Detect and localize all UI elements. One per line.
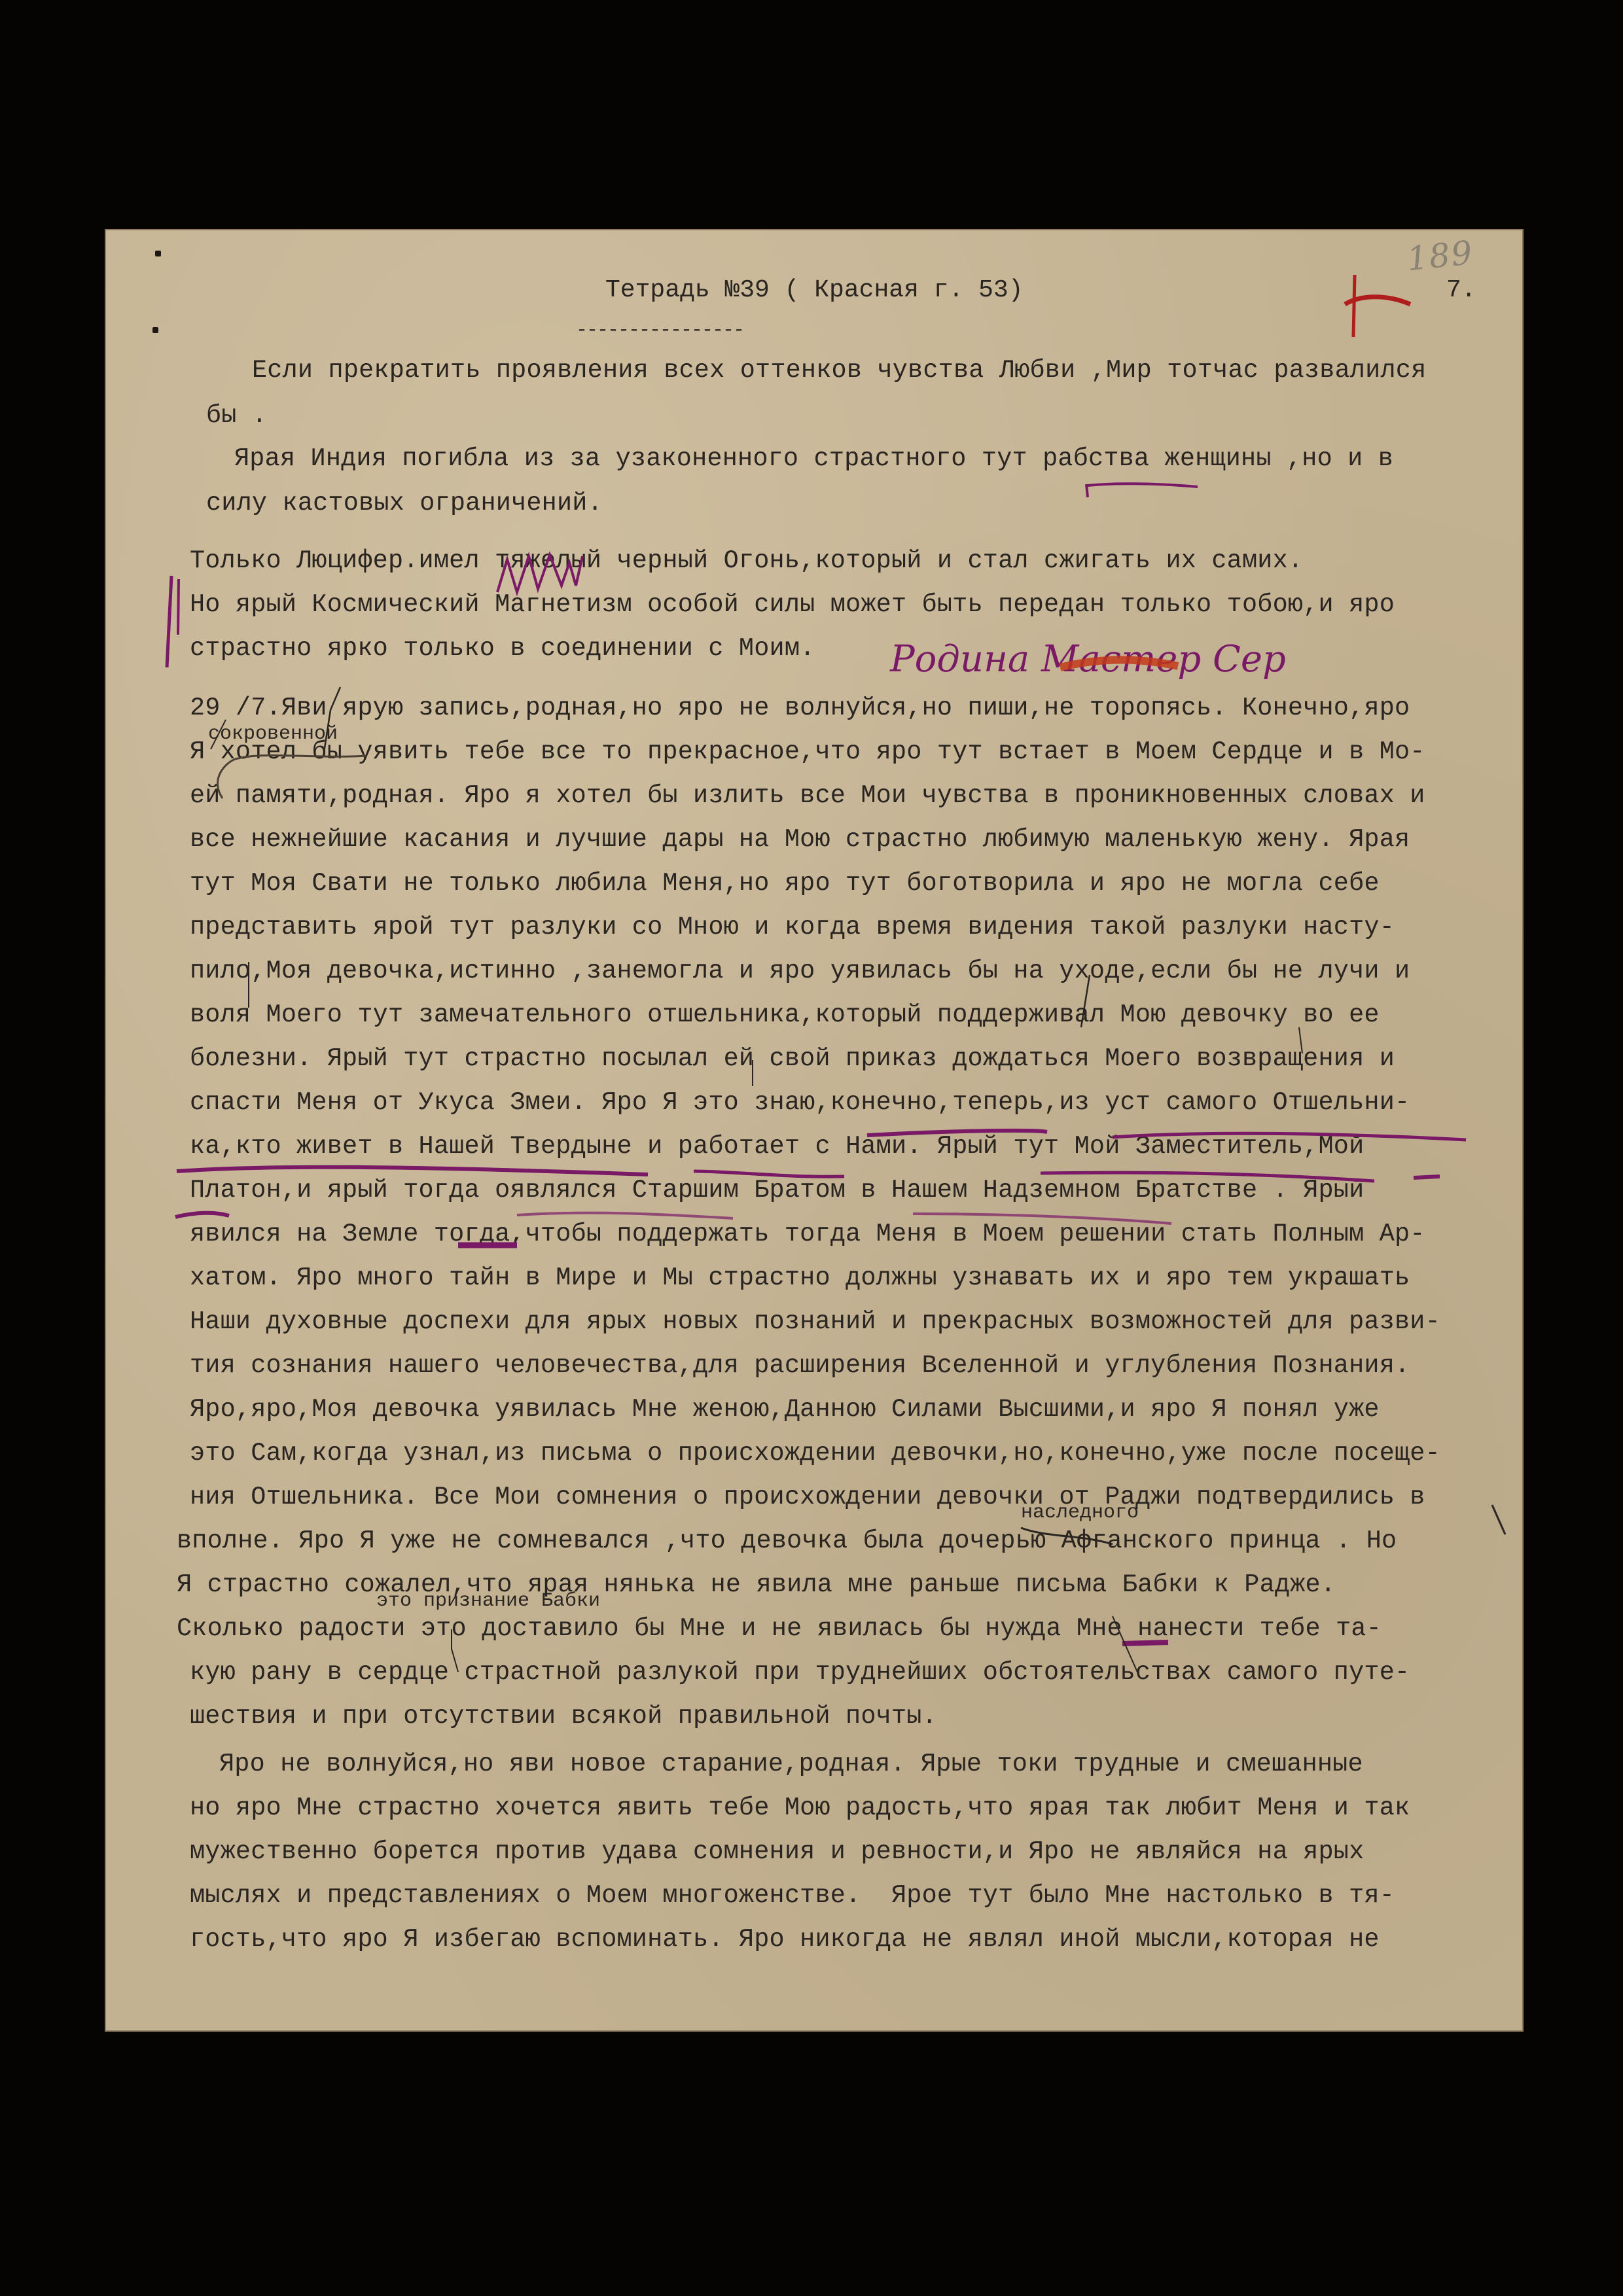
text-line: хатом. Яро много тайн в Мире и Мы страст…: [190, 1265, 1410, 1291]
red-cross-mark-icon: [1342, 268, 1420, 340]
text-line: воля Моего тут замечательного отшельника…: [190, 1002, 1380, 1028]
text-line: тут Моя Свати не только любила Меня,но я…: [190, 871, 1380, 896]
typed-insertion: это признание Бабки: [376, 1590, 600, 1612]
text-line: вполне. Яро Я уже не сомневался ,что дев…: [177, 1528, 1397, 1554]
text-line: Сколько радости это доставило бы Мне и н…: [177, 1616, 1382, 1642]
punch-mark: [155, 251, 161, 256]
text-line: пило,Моя девочка,истинно ,занемогла и яр…: [190, 959, 1410, 984]
text-line: кую рану в сердце страстной разлукой при…: [190, 1660, 1410, 1686]
text-line: 29 /7.Яви ярую запись,родная,но яро не в…: [190, 696, 1410, 721]
text-line: Ярая Индия погибла из за узаконенного ст…: [234, 446, 1393, 472]
text-line: мыслях и представлениях о Моем многоженс…: [190, 1883, 1395, 1909]
text-line: это Сам,когда узнал,из письма о происхож…: [190, 1441, 1440, 1466]
text-line: тия сознания нашего человечества,для рас…: [190, 1353, 1410, 1379]
text-line: Наши духовные доспехи для ярых новых поз…: [190, 1309, 1440, 1335]
text-line: все нежнейшие касания и лучшие дары на М…: [190, 827, 1410, 853]
text-line: мужественно борется против удава сомнени…: [190, 1839, 1364, 1865]
page-number: 7.: [1446, 276, 1476, 304]
text-line: гость,что яро Я избегаю вспоминать. Яро …: [190, 1927, 1380, 1952]
text-line: ка,кто живет в Нашей Твердыне и работает…: [190, 1134, 1364, 1159]
text-line: спасти Меня от Укуса Змеи. Яро Я это зна…: [190, 1090, 1410, 1116]
text-line: представить ярой тут разлуки со Мною и к…: [190, 915, 1395, 940]
text-line: ния Отшельника. Все Мои сомнения о проис…: [190, 1485, 1425, 1510]
typed-insertion: наследного: [1021, 1502, 1139, 1524]
punch-mark: [152, 327, 158, 333]
handwritten-note: Родина Мастер Сер: [890, 638, 1286, 680]
typed-insertion: сокровенной: [208, 723, 338, 745]
text-line: силу кастовых ограничений.: [206, 491, 603, 516]
text-line: ей памяти,родная. Яро я хотел бы излить …: [190, 783, 1425, 809]
text-line: Я страстно сожалел,что ярая нянька не яв…: [177, 1572, 1336, 1598]
text-line: бы .: [206, 403, 267, 429]
text-line: явился на Земле тогда,чтобы поддержать т…: [190, 1222, 1425, 1247]
text-line: но яро Мне страстно хочется явить тебе М…: [190, 1795, 1410, 1821]
page-title: Тетрадь №39 ( Красная г. 53): [605, 276, 1024, 304]
text-line: болезни. Ярый тут страстно посылал ей св…: [190, 1046, 1395, 1072]
text-line: шествия и при отсутствии всякой правильн…: [190, 1704, 937, 1729]
text-line: Но ярый Космический Магнетизм особой сил…: [190, 592, 1395, 618]
title-underline: ----------------: [576, 319, 743, 342]
text-line: Яро не волнуйся,но яви новое старание,ро…: [219, 1752, 1363, 1777]
text-line: Только Люцифер.имел тяжелый черный Огонь…: [190, 548, 1303, 574]
text-line: Платон,и ярый тогда оявлялся Старшим Бра…: [190, 1178, 1364, 1203]
text-line: Если прекратить проявления всех оттенков…: [252, 358, 1426, 383]
text-line: Яро,яро,Моя девочка уявилась Мне женою,Д…: [190, 1397, 1380, 1422]
text-line: Я хотел бы уявить тебе все то прекрасное…: [190, 739, 1425, 765]
text-line: страстно ярко только в соединении с Моим…: [190, 636, 815, 662]
